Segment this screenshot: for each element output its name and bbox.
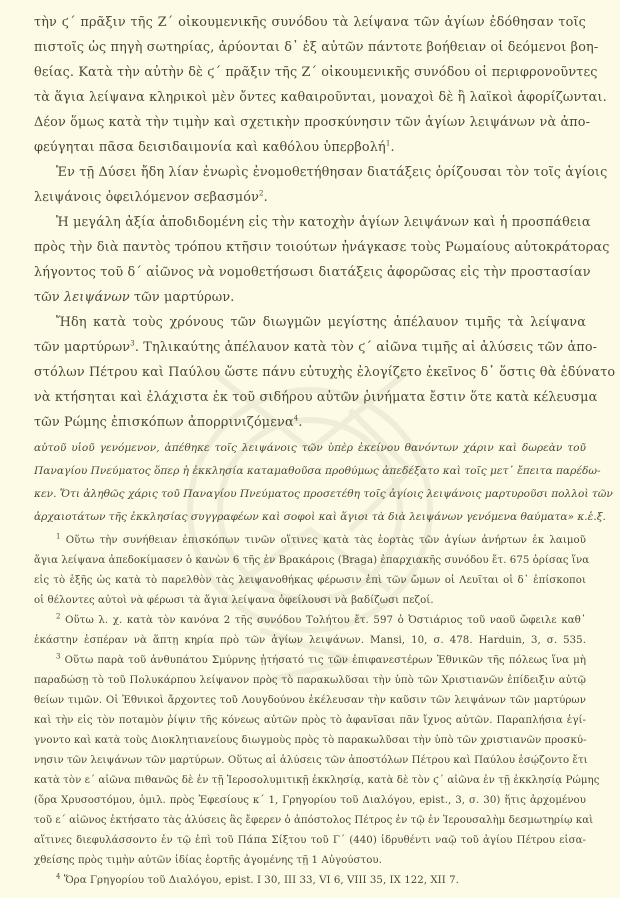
body-line: λειψάνοις ὀφειλόμενον σεβασμόν2.: [34, 192, 268, 205]
body-line: νὰ κτήσηται καὶ ἐλάχιστα ἐκ τοῦ σιδήρου …: [34, 392, 586, 405]
quote-line: Παναγίου Πνεύματος ὅπερ ἡ ἐκκλησία καταμ…: [34, 466, 586, 477]
footnote-1-line: 1 Οὕτω τὴν συνήθειαν ἐπισκόπων τινῶν οἵτ…: [56, 536, 586, 546]
footnote-line: γνοντο καὶ κατὰ τοὺς Διοκλητιανείους διω…: [34, 736, 586, 746]
footnote-line: κατὰ τὸν ε΄ αἰῶνα πιθανῶς δὲ ἐν τῇ Ἱεροσ…: [34, 776, 586, 786]
body-line: πρὸς τὴν διὰ παντὸς τρόπου κτῆσιν τοιούτ…: [34, 242, 586, 255]
footnote-line: χθείσης πρὸς τιμὴν αὐτῶν ἰδίας ἑορτῆς ἀγ…: [34, 856, 382, 866]
footnote-line: θείων τιμῶν. Οἱ Ἐθνικοὶ ἄρχοντες τοῦ Λου…: [34, 696, 586, 706]
emphasis: λειψάνων: [64, 290, 130, 305]
footnote-line: ἅγια λείψανα ἀπεδοκίμασεν ὁ κανὼν 6 τῆς …: [34, 556, 586, 566]
body-line: φεύγηται πᾶσα δεισιδαιμονία καὶ καθόλου …: [34, 142, 395, 155]
footnote-line: καὶ τὴν εἰς τὸν ποταμὸν ῥίψιν τῆς κόνεως…: [34, 716, 586, 726]
body-line: πιστοῖς ὡς πηγὴ σωτηρίας, ἀρύονται δ᾽ ἐξ…: [34, 42, 586, 55]
body-line: τῶν μαρτύρων3. Τηλικαύτης ἀπέλαυον κατὰ …: [34, 342, 586, 355]
body-line: τὰ ἅγια λείψανα κληρικοὶ μὲν ὄντες καθαι…: [34, 92, 586, 105]
footnote-3-line: 3 Οὕτω παρὰ τοῦ ἀνθυπάτου Σμύρνης ᾐτήσατ…: [56, 656, 586, 666]
footnote-line: παραδώσῃ τὸ τοῦ Πολυκάρπου λείψανον πρὸς…: [34, 676, 586, 686]
body-line: τῶν λειψάνων τῶν μαρτύρων.: [34, 292, 235, 305]
body-line: Ἐν τῇ Δύσει ἤδη λίαν ἐνωρὶς ἐνομοθετήθησ…: [56, 167, 586, 180]
footnote-4-line: 4 Ὅρα Γρηγορίου τοῦ Διαλόγου, epist. I 3…: [56, 876, 459, 886]
body-line: λήγοντος τοῦ δ΄ αἰῶνος νὰ νομοθετήσωσι δ…: [34, 267, 586, 280]
body-line: θείας. Κατὰ τὴν αὐτὴν δὲ ϛ΄ πρᾶξιν τῆς Ζ…: [34, 67, 586, 80]
footnote-2-line: 2 Οὕτω λ. χ. κατὰ τὸν κανόνα 2 τῆς συνόδ…: [56, 616, 586, 626]
footnote-line: αἵτινες διεφυλάσσοντο ἐν τῷ ἐπὶ τοῦ Πάπα…: [34, 836, 586, 846]
footnote-line: ἑκάστην ἑσπέραν νὰ ἅπτῃ κηρία πρὸ τῶν ἁγ…: [34, 636, 586, 646]
footnote-ref[interactable]: 4: [294, 415, 299, 423]
footnote-line: οἱ θέλοντες αὐτοὶ νὰ φέρωσι τὰ ἅγια λείψ…: [34, 596, 434, 606]
body-line: τῶν Ρώμης ἐπισκόπων ἀπορρινιζόμενα4.: [34, 417, 303, 430]
footnote-line: εἰς τὸ ἑξῆς ὡς κατὰ τὸ παρελθὸν τὰς λειψ…: [34, 576, 586, 586]
quote-line: κεν. Ὅτι ἀληθῶς χάρις τοῦ Παναγίου Πνεύμ…: [34, 489, 586, 500]
body-line: Ἤδη κατὰ τοὺς χρόνους τῶν διωγμῶν μεγίστ…: [56, 317, 586, 330]
footnote-ref[interactable]: 1: [386, 140, 391, 148]
body-line: τὴν ϛ΄ πρᾶξιν τῆς Ζ΄ οἰκουμενικῆς συνόδο…: [34, 17, 586, 30]
footnote-line: νησιν τῶν λειψάνων τῶν μαρτύρων. Οὕτως α…: [34, 756, 586, 766]
body-line: Ἡ μεγάλη ἀξία ἀποδιδομένη εἰς τὴν κατοχὴ…: [56, 217, 586, 230]
footnote-line: (ὅρα Χρυσοστόμου, ὁμιλ. πρὸς Ἐφεσίους κ΄…: [34, 796, 586, 806]
footnote-ref[interactable]: 2: [259, 190, 264, 198]
quote-line: αὐτοῦ υἱοῦ γενόμενον, ἀπέθηκε τοῖς λειψά…: [34, 443, 586, 454]
quote-line: ἀρχαιοτάτων τῆς ἐκκλησίας συγγραφέων καὶ…: [34, 512, 586, 523]
body-line: στόλων Πέτρου καὶ Παύλου ὥστε πάνυ εὐτυχ…: [34, 367, 586, 380]
footnote-line: τοῦ ε΄ αἰῶνος ἐκτήσατο τὰς ἁλύσεις ἃς ἔφ…: [34, 816, 586, 826]
body-line: Δέον ὅμως κατὰ τὴν τιμὴν καὶ σχετικὴν πρ…: [34, 117, 586, 130]
